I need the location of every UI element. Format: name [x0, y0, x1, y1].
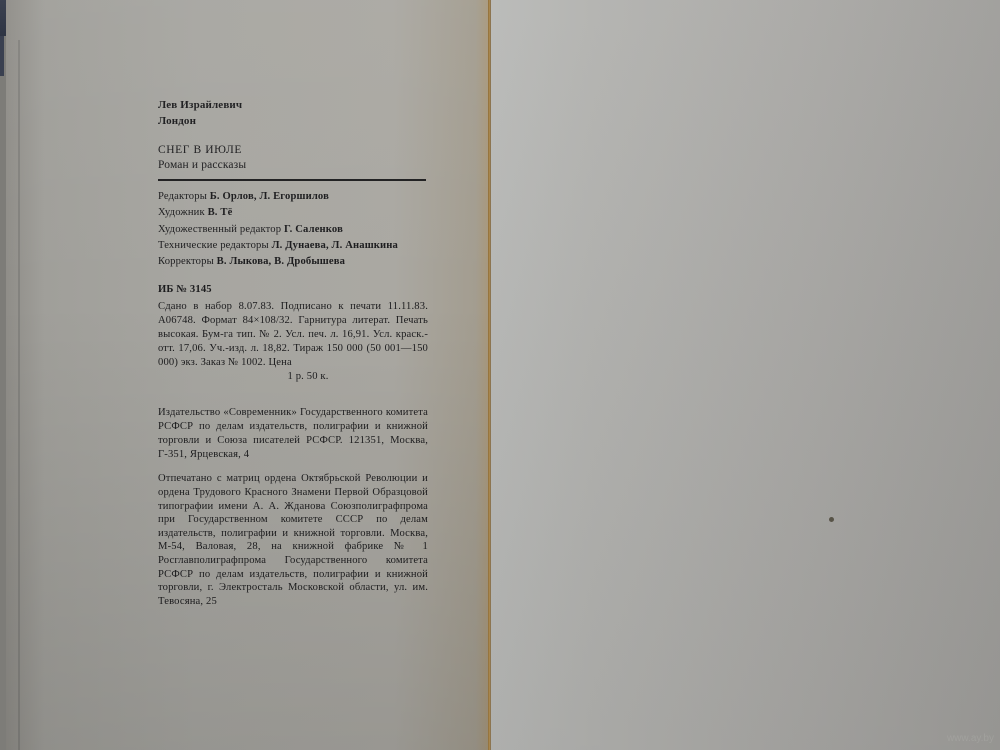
- price: 1 р. 50 к.: [158, 370, 428, 384]
- right-page-blank: [491, 0, 1000, 750]
- credits-list: Редакторы Б. Орлов, Л. Егоршилов Художни…: [158, 189, 428, 270]
- left-page: Лев Израйлевич Лондон СНЕГ В ИЮЛЕ Роман …: [6, 0, 490, 750]
- ib-number: ИБ № 3145: [158, 283, 428, 297]
- publisher-info: Издательство «Современник» Государственн…: [158, 406, 428, 462]
- print-info: Сдано в набор 8.07.83. Подписано к печат…: [158, 300, 428, 370]
- background-cover-edge-strip: [0, 36, 4, 76]
- book-title: СНЕГ В ИЮЛЕ: [158, 143, 428, 158]
- colophon: Лев Израйлевич Лондон СНЕГ В ИЮЛЕ Роман …: [158, 97, 428, 608]
- credit-editors: Редакторы Б. Орлов, Л. Егоршилов: [158, 189, 428, 205]
- author-first-name: Лев Израйлевич: [158, 97, 428, 113]
- credit-art-editor: Художественный редактор Г. Саленков: [158, 222, 428, 238]
- paper-speck: [829, 517, 834, 522]
- book-subtitle: Роман и рассказы: [158, 158, 428, 173]
- credit-artist: Художник В. Тё: [158, 205, 428, 221]
- divider-rule: [158, 179, 426, 181]
- book-spread: Лев Израйлевич Лондон СНЕГ В ИЮЛЕ Роман …: [0, 0, 1000, 750]
- credit-proofreaders: Корректоры В. Лыкова, В. Дробышева: [158, 254, 428, 270]
- title-block: СНЕГ В ИЮЛЕ Роман и рассказы: [158, 143, 428, 173]
- author-last-name: Лондон: [158, 113, 428, 129]
- printer-info: Отпечатано с матриц ордена Октябрьской Р…: [158, 472, 428, 608]
- credit-tech-editors: Технические редакторы Л. Дунаева, Л. Ана…: [158, 238, 428, 254]
- watermark: www.ay.by: [947, 733, 994, 744]
